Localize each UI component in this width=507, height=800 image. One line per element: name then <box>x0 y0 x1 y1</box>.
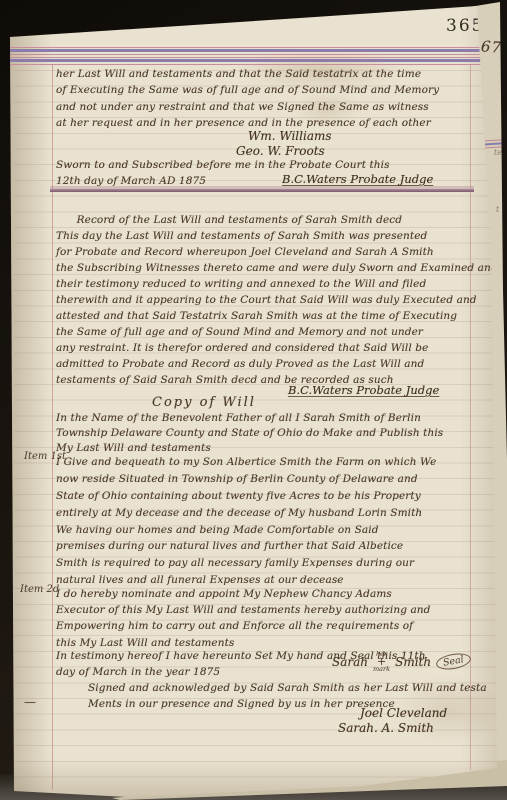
handwritten-line: In the Name of the Benevolent Father of … <box>56 411 443 426</box>
handwritten-line: her Last Will and testaments and that th… <box>56 66 439 82</box>
handwritten-line: premises during our natural lives and fu… <box>56 538 436 555</box>
handwritten-line: entirely at My decease and the decease o… <box>56 505 436 522</box>
handwritten-line: State of Ohio containing about twenty fi… <box>56 488 436 505</box>
record-book-page: 365 her Last Will and testaments and tha… <box>0 0 507 800</box>
margin-line-left <box>52 65 53 790</box>
handwritten-line: Signed and acknowledged by Said Sarah Sm… <box>88 681 487 697</box>
her-mark: her + mark <box>373 651 390 672</box>
handwritten-line: therewith and it appearing to the Court … <box>56 292 498 308</box>
will-item1-text: I Give and bequeath to my Son Albertice … <box>56 454 436 589</box>
entry-separator-rule <box>50 189 474 192</box>
handwritten-line: any restraint. It is therefor ordered an… <box>56 340 498 356</box>
page-top-shading <box>0 0 507 37</box>
bleed-through-mark: t <box>496 205 499 214</box>
handwritten-line: of Executing the Same was of full age an… <box>56 82 439 98</box>
handwritten-line: the Same of full age and of Sound Mind a… <box>56 324 498 340</box>
will-witness-signature-smith: Sarah. A. Smith <box>338 721 434 735</box>
handwritten-line: the Subscribing Witnesses thereto came a… <box>56 260 498 276</box>
record-book-photo: 67 ted t 365 her Last Will and testament… <box>0 0 507 800</box>
testator-first-name: Sarah <box>332 655 368 669</box>
header-rule-band <box>10 47 499 65</box>
will-witness-signature-cleveland: Joel Cleveland <box>360 706 447 720</box>
judge-signature-2: B.C.Waters Probate Judge <box>288 383 439 397</box>
handwritten-line: Empowering him to carry out and Enforce … <box>56 618 431 634</box>
witness-signature-froots: Geo. W. Froots <box>236 144 325 158</box>
handwritten-line: This day the Last Will and testaments of… <box>56 228 498 244</box>
margin-dash: — <box>24 695 36 709</box>
testator-mark-signature: Sarah her + mark Smith Seal <box>332 651 471 672</box>
will-heading: Copy of Will <box>152 395 256 410</box>
handwritten-line: We having our homes and being Made Comfo… <box>56 522 436 539</box>
probate-entry1-text: her Last Will and testaments and that th… <box>56 66 439 131</box>
will-preamble-text: In the Name of the Benevolent Father of … <box>56 411 443 457</box>
probate-entry2-text: Record of the Last Will and testaments o… <box>56 212 498 388</box>
handwritten-line: Executor of this My Last Will and testam… <box>56 602 431 618</box>
handwritten-line: for Probate and Record whereupon Joel Cl… <box>56 244 498 260</box>
handwritten-line: Township Delaware County and State of Oh… <box>56 426 443 441</box>
handwritten-line: admitted to Probate and Record as duly P… <box>56 356 498 372</box>
mark-word-mark: mark <box>373 666 390 672</box>
handwritten-line: now reside Situated in Township of Berli… <box>56 471 436 488</box>
testator-last-name: Smith <box>395 655 431 669</box>
handwritten-line: their testimony reduced to writing and a… <box>56 276 498 292</box>
handwritten-line: I Give and bequeath to my Son Albertice … <box>56 454 436 471</box>
handwritten-line: and not under any restraint and that we … <box>56 99 439 115</box>
will-item2-label: Item 2d <box>20 584 59 595</box>
handwritten-line: attested and that Said Testatrix Sarah S… <box>56 308 498 324</box>
judge-signature-1: B.C.Waters Probate Judge <box>282 172 433 186</box>
will-item2-text: I do hereby nominate and appoint My Neph… <box>56 586 431 651</box>
witness-signature-williams: Wm. Williams <box>248 129 332 143</box>
handwritten-line: Record of the Last Will and testaments o… <box>56 212 498 228</box>
underlying-page-number: 67 <box>480 37 502 56</box>
handwritten-line: Smith is required to pay all necessary f… <box>56 555 436 572</box>
bleed-through-mark: ted <box>494 148 507 157</box>
handwritten-line: I do hereby nominate and appoint My Neph… <box>56 586 431 602</box>
seal-scroll: Seal <box>435 651 472 672</box>
